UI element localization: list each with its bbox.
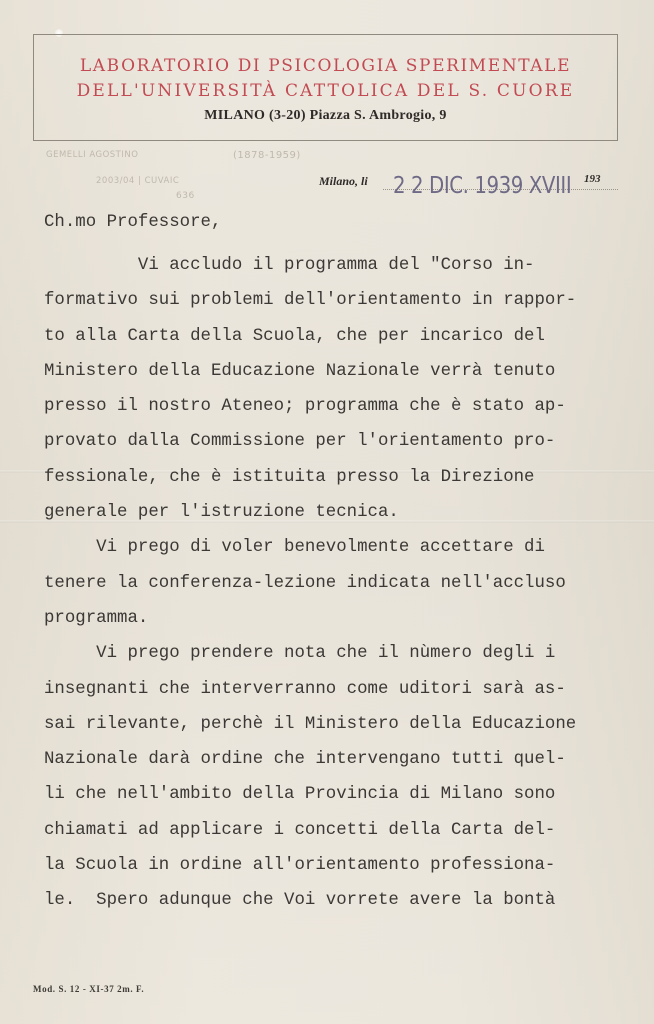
body-line: chiamati ad applicare i concetti della C…	[44, 813, 654, 848]
letterhead-address: MILANO (3-20) Piazza S. Ambrogio, 9	[34, 108, 617, 124]
salutation: Ch.mo Professore,	[44, 213, 221, 232]
body-line: presso il nostro Ateneo; programma che è…	[44, 389, 654, 424]
archival-note-years: (1878-1959)	[233, 150, 301, 161]
body-line: fessionale, che è istituita presso la Di…	[44, 460, 654, 495]
body-line: li che nell'ambito della Provincia di Mi…	[44, 777, 654, 812]
body-line: insegnanti che interverranno come uditor…	[44, 672, 654, 707]
body-line: to alla Carta della Scuola, che per inca…	[44, 319, 654, 354]
form-code-footer: Mod. S. 12 - XI-37 2m. F.	[33, 984, 144, 994]
archival-note-reference: 2003/04 | CUVAIC	[96, 176, 179, 186]
body-line: Vi prego prendere nota che il nùmero deg…	[44, 636, 654, 671]
body-line: la Scuola in ordine all'orientamento pro…	[44, 848, 654, 883]
date-printed-year: 193	[584, 173, 601, 185]
date-label: Milano, li	[319, 174, 368, 189]
body-line: Ministero della Educazione Nazionale ver…	[44, 354, 654, 389]
letterhead: LABORATORIO DI PSICOLOGIA SPERIMENTALE D…	[33, 34, 618, 141]
letterhead-institution: LABORATORIO DI PSICOLOGIA SPERIMENTALE	[34, 56, 617, 76]
archival-note-name: GEMELLI AGOSTINO	[46, 150, 138, 160]
body-line: sai rilevante, perchè il Ministero della…	[44, 707, 654, 742]
archival-note-number: 636	[176, 191, 195, 201]
body-line: Vi prego di voler benevolmente accettare…	[44, 530, 654, 565]
body-line: generale per l'istruzione tecnica.	[44, 495, 654, 530]
body-line: le. Spero adunque che Voi vorrete avere …	[44, 883, 654, 918]
letter-body: Vi accludo il programma del "Corso in-fo…	[44, 248, 654, 919]
date-stamp: 2 2 DIC. 1939 XVIII	[393, 173, 571, 199]
letter-page: LABORATORIO DI PSICOLOGIA SPERIMENTALE D…	[0, 0, 654, 1024]
body-line: formativo sui problemi dell'orientamento…	[44, 283, 654, 318]
body-line: Nazionale darà ordine che intervengano t…	[44, 742, 654, 777]
letterhead-university: DELL'UNIVERSITÀ CATTOLICA DEL S. CUORE	[34, 81, 617, 101]
body-line: provato dalla Commissione per l'orientam…	[44, 424, 654, 459]
body-line: Vi accludo il programma del "Corso in-	[44, 248, 654, 283]
body-line: programma.	[44, 601, 654, 636]
body-line: tenere la conferenza-lezione indicata ne…	[44, 566, 654, 601]
